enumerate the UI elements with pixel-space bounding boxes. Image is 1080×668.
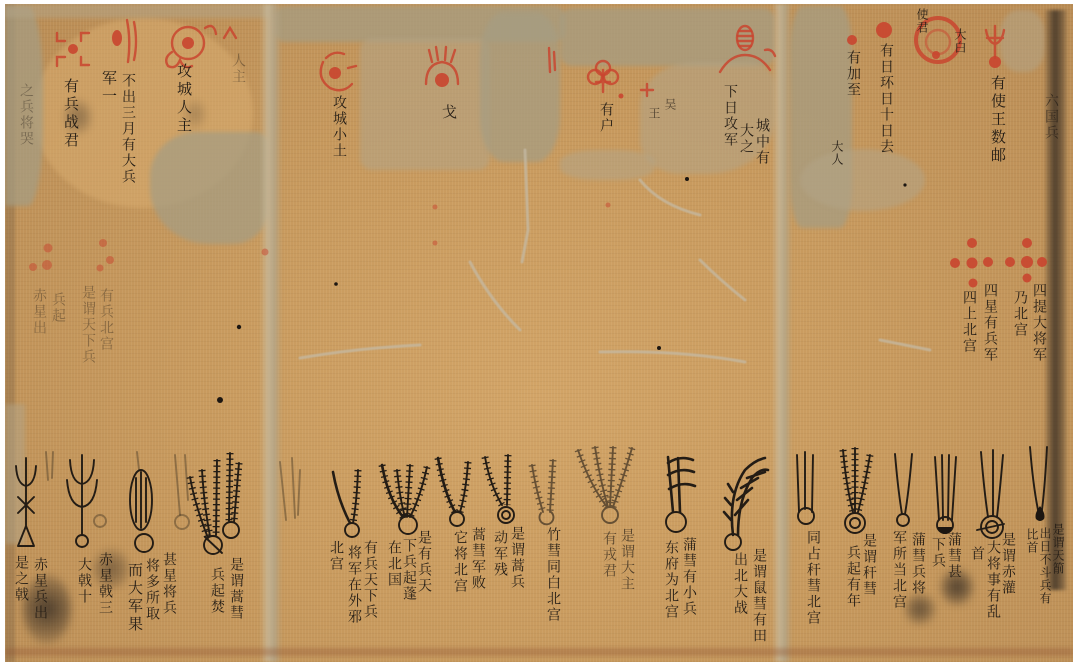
top-left-annotation: 人主	[230, 53, 245, 85]
top-left-annotation: 之兵将哭	[18, 83, 33, 147]
comet-caption: 是谓鼠彗有田	[751, 548, 766, 644]
comet-13-three-line-ring	[797, 452, 814, 524]
comet-16-four-line-dark-ring	[935, 455, 956, 534]
comet-caption: 动军残	[492, 530, 507, 578]
comet-caption: 下兵	[930, 537, 945, 569]
comet-caption: 军所当北宫	[891, 530, 906, 610]
comet-caption: 蒲彗有小兵	[681, 537, 696, 617]
comet-caption: 出北大战	[732, 552, 747, 616]
top-right-annotation: 使君	[915, 8, 928, 34]
comet-caption: 兵起焚	[209, 567, 224, 615]
comet-7-two-branch-needles	[438, 458, 468, 526]
middle-left-faint-annotation: 是谓天下兵	[80, 285, 95, 365]
comet-caption: 是谓蒿兵	[509, 526, 524, 590]
middle-left-faint-annotation: 兵起	[50, 292, 65, 324]
middle-left-faint-annotation: 有兵北宫	[98, 288, 113, 352]
comet-9-open-ring	[532, 460, 553, 524]
comet-caption: 是有兵天	[416, 530, 431, 594]
comet-caption: 是之戟	[13, 555, 28, 603]
middle-right-annotation: 乃北宫	[1012, 290, 1027, 338]
middle-left-faint-annotation: 赤星出	[31, 288, 46, 336]
comet-3-leaf-ellipse	[130, 452, 189, 552]
comet-caption: 是谓天箾	[1051, 523, 1064, 575]
comet-caption: 比首	[1025, 528, 1038, 554]
comet-caption: 它将北宫	[452, 530, 467, 594]
comet-1-trident-cross	[16, 452, 53, 546]
comet-caption: 甚星将兵	[161, 552, 176, 616]
top-middle-annotation: 城中有	[754, 118, 769, 166]
comet-caption: 蒲彗甚	[946, 532, 961, 580]
top-middle-annotation: 王	[647, 107, 660, 120]
comet-12-feather	[724, 458, 768, 550]
comet-14-three-branch-double-ring	[843, 448, 870, 533]
top-right-annotation: 大白	[953, 28, 966, 54]
comet-4-multi-branch	[190, 453, 300, 554]
comet-caption: 东府为北宫	[663, 540, 678, 620]
comet-caption: 蒲彗兵将	[910, 532, 925, 596]
comet-caption: 是谓秆彗	[861, 533, 876, 597]
comet-caption: 而大军果	[127, 562, 142, 634]
comet-caption: 大戟十	[76, 557, 91, 605]
comet-17-crossed-ring	[977, 450, 1004, 538]
middle-right-annotation: 四星有兵军	[982, 283, 997, 363]
comet-caption: 赤星兵出	[32, 557, 47, 621]
comet-15-two-line-small-ring	[895, 454, 912, 526]
top-right-annotation: 六国兵	[1043, 93, 1058, 141]
comet-caption: 竹彗同白北宫	[545, 527, 560, 623]
top-middle-annotation: 下日攻军	[722, 84, 737, 148]
top-left-annotation: 不出三月有大兵	[120, 73, 135, 185]
comet-caption: 首	[969, 546, 984, 562]
comet-caption: 在北国	[386, 540, 401, 588]
comet-18-black-drop	[1030, 447, 1047, 521]
comet-caption: 北宫	[328, 540, 343, 572]
top-left-annotation: 有兵战君	[63, 78, 78, 150]
comet-caption: 蒿彗军败	[470, 527, 485, 591]
comet-10-four-branch-faint	[578, 447, 632, 523]
comet-caption: 下兵起蓬	[401, 538, 416, 602]
comet-8-double-ring	[485, 455, 514, 523]
comet-caption: 大将事有乱	[985, 540, 1000, 620]
top-right-annotation: 大人	[830, 140, 843, 166]
comet-caption: 有戎君	[601, 531, 616, 579]
comet-caption: 有兵天下兵	[362, 540, 377, 620]
middle-right-annotation: 四提大将军	[1031, 283, 1046, 363]
comet-caption: 是谓蒿彗	[228, 557, 243, 621]
top-right-annotation: 有日环日十日去	[878, 43, 893, 155]
middle-right-annotation: 四上北宫	[961, 290, 976, 354]
top-middle-annotation: 大之	[738, 123, 753, 155]
top-left-annotation: 军一	[101, 70, 116, 106]
comet-caption: 兵起有年	[845, 545, 860, 609]
comet-caption: 是谓大主	[619, 528, 634, 592]
top-left-annotation: 攻城人主	[176, 63, 191, 135]
comet-caption: 赤星戟三	[97, 552, 112, 616]
top-middle-annotation: 攻城小土	[331, 95, 346, 159]
comet-5-two-branch-v	[333, 470, 359, 537]
top-middle-annotation: 戈	[441, 104, 456, 122]
comet-caption: 是谓赤灌	[1000, 532, 1015, 596]
comet-caption: 出日不斗兵有	[1038, 527, 1051, 605]
comet-caption: 同占秆彗北宫	[805, 530, 820, 626]
top-middle-annotation: 吴	[663, 98, 676, 111]
comet-2-double-trident	[67, 455, 106, 547]
comet-caption: 将多所取	[144, 558, 159, 622]
comet-11-broom	[666, 457, 695, 532]
top-middle-annotation: 有户	[598, 102, 613, 134]
comet-6-four-branch-fan	[382, 465, 427, 534]
top-right-annotation: 有加至	[845, 50, 860, 98]
comet-caption: 将军在外邪	[346, 545, 361, 625]
top-right-annotation: 有使王数邮	[990, 75, 1005, 165]
